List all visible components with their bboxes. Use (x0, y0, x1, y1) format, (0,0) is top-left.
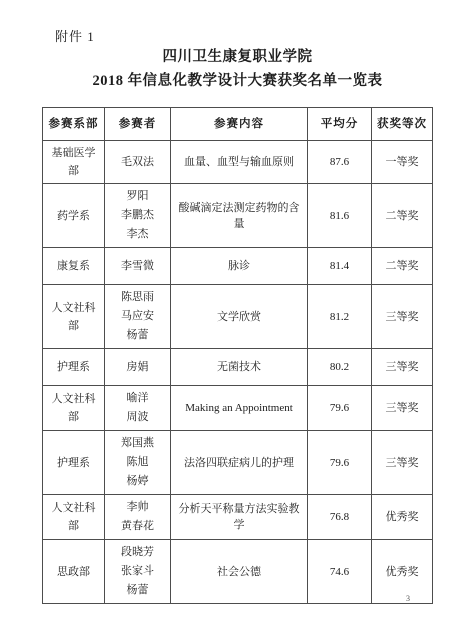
awards-table: 参赛系部 参赛者 参赛内容 平均分 获奖等次 基础医学部毛双法血量、血型与输血原… (42, 107, 433, 604)
score-cell: 74.6 (308, 540, 372, 604)
participant-name: 黄春花 (107, 517, 168, 536)
score-cell: 76.8 (308, 495, 372, 540)
score-cell: 81.4 (308, 248, 372, 285)
participant-name: 周波 (107, 408, 168, 427)
participant-name: 杨婷 (107, 472, 168, 491)
department-cell: 人文社科部 (43, 495, 105, 540)
table-row: 人文社科部喻洋周波Making an Appointment79.6三等奖 (43, 386, 433, 431)
participant-name: 罗阳 (107, 187, 168, 206)
page-number: 3 (406, 594, 410, 603)
department-cell: 基础医学部 (43, 141, 105, 184)
award-cell: 三等奖 (372, 285, 433, 349)
department-cell: 药学系 (43, 184, 105, 248)
participants-cell: 房娟 (105, 349, 171, 386)
score-cell: 81.6 (308, 184, 372, 248)
header-content: 参赛内容 (171, 108, 308, 141)
score-cell: 80.2 (308, 349, 372, 386)
document-header: 四川卫生康复职业学院 2018 年信息化教学设计大赛获奖名单一览表 (0, 48, 475, 90)
participants-cell: 喻洋周波 (105, 386, 171, 431)
table-row: 康复系李雪微脉诊81.4二等奖 (43, 248, 433, 285)
participant-name: 马应安 (107, 307, 168, 326)
participant-name: 陈思雨 (107, 288, 168, 307)
doc-title: 四川卫生康复职业学院 (0, 48, 475, 66)
header-participants: 参赛者 (105, 108, 171, 141)
content-cell: 法洛四联症病儿的护理 (171, 431, 308, 495)
participant-name: 郑国燕 (107, 434, 168, 453)
table-row: 基础医学部毛双法血量、血型与输血原则87.6一等奖 (43, 141, 433, 184)
table-row: 思政部段晓芳张家斗杨蕾社会公德74.6优秀奖 (43, 540, 433, 604)
score-cell: 79.6 (308, 431, 372, 495)
header-score: 平均分 (308, 108, 372, 141)
table-row: 护理系房娟无菌技术80.2三等奖 (43, 349, 433, 386)
participant-name: 毛双法 (107, 153, 168, 172)
table-row: 人文社科部陈思雨马应安杨蕾文学欣赏81.2三等奖 (43, 285, 433, 349)
participants-cell: 郑国燕陈旭杨婷 (105, 431, 171, 495)
content-cell: 酸碱滴定法测定药物的含量 (171, 184, 308, 248)
award-cell: 二等奖 (372, 184, 433, 248)
department-cell: 人文社科部 (43, 285, 105, 349)
award-cell: 二等奖 (372, 248, 433, 285)
award-cell: 优秀奖 (372, 540, 433, 604)
content-cell: 无菌技术 (171, 349, 308, 386)
participant-name: 李鹏杰 (107, 206, 168, 225)
participants-cell: 段晓芳张家斗杨蕾 (105, 540, 171, 604)
department-cell: 护理系 (43, 431, 105, 495)
header-department: 参赛系部 (43, 108, 105, 141)
score-cell: 79.6 (308, 386, 372, 431)
participant-name: 陈旭 (107, 453, 168, 472)
score-cell: 87.6 (308, 141, 372, 184)
doc-subtitle: 2018 年信息化教学设计大赛获奖名单一览表 (0, 72, 475, 90)
participants-cell: 毛双法 (105, 141, 171, 184)
participant-name: 杨蕾 (107, 581, 168, 600)
participant-name: 李杰 (107, 225, 168, 244)
award-cell: 三等奖 (372, 431, 433, 495)
participants-cell: 李帅黄春花 (105, 495, 171, 540)
content-cell: 脉诊 (171, 248, 308, 285)
participant-name: 喻洋 (107, 389, 168, 408)
content-cell: 分析天平称量方法实验教学 (171, 495, 308, 540)
participant-name: 段晓芳 (107, 543, 168, 562)
table-row: 药学系罗阳李鹏杰李杰酸碱滴定法测定药物的含量81.6二等奖 (43, 184, 433, 248)
participants-cell: 罗阳李鹏杰李杰 (105, 184, 171, 248)
participant-name: 李雪微 (107, 257, 168, 276)
department-cell: 人文社科部 (43, 386, 105, 431)
department-cell: 护理系 (43, 349, 105, 386)
participant-name: 李帅 (107, 498, 168, 517)
participants-cell: 李雪微 (105, 248, 171, 285)
participants-cell: 陈思雨马应安杨蕾 (105, 285, 171, 349)
table-header-row: 参赛系部 参赛者 参赛内容 平均分 获奖等次 (43, 108, 433, 141)
award-cell: 优秀奖 (372, 495, 433, 540)
content-cell: 血量、血型与输血原则 (171, 141, 308, 184)
table-row: 人文社科部李帅黄春花分析天平称量方法实验教学76.8优秀奖 (43, 495, 433, 540)
participant-name: 张家斗 (107, 562, 168, 581)
content-cell: 社会公德 (171, 540, 308, 604)
content-cell: 文学欣赏 (171, 285, 308, 349)
content-cell: Making an Appointment (171, 386, 308, 431)
award-cell: 三等奖 (372, 349, 433, 386)
department-cell: 思政部 (43, 540, 105, 604)
participant-name: 杨蕾 (107, 326, 168, 345)
attachment-label: 附件 1 (55, 26, 95, 45)
header-award: 获奖等次 (372, 108, 433, 141)
score-cell: 81.2 (308, 285, 372, 349)
table-row: 护理系郑国燕陈旭杨婷法洛四联症病儿的护理79.6三等奖 (43, 431, 433, 495)
award-cell: 一等奖 (372, 141, 433, 184)
award-cell: 三等奖 (372, 386, 433, 431)
participant-name: 房娟 (107, 358, 168, 377)
department-cell: 康复系 (43, 248, 105, 285)
